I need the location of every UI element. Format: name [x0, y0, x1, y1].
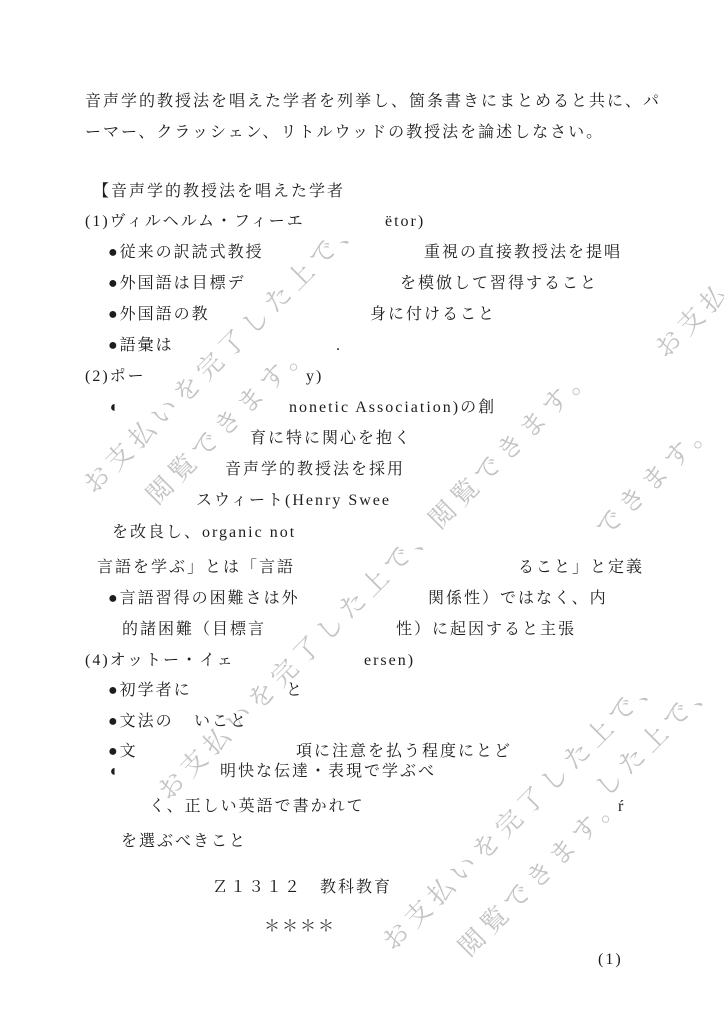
text-line-fragment: ●語彙は	[108, 336, 174, 356]
text-line-fragment: く、正しい英語で書かれて	[149, 797, 365, 817]
text-line-fragment: (1)ヴィルヘルム・フィーエ	[85, 212, 305, 232]
text-line-fragment: ●外国語は目標デ	[108, 274, 246, 294]
text-line-fragment: 音声学的教授法を採用	[225, 460, 405, 480]
text-line-fragment: ●外国語の教	[108, 305, 210, 325]
text-line-fragment: ◖	[108, 398, 120, 418]
text-line-fragment: ersen)	[364, 651, 415, 671]
text-line-fragment: 重視の直接教授法を提唱	[424, 243, 622, 263]
text-line-fragment: と	[286, 681, 304, 701]
text-line-fragment: 性）に起因すると主張	[396, 620, 576, 640]
text-line-fragment: ●言語習得の困難さは外	[108, 589, 300, 609]
text-line-fragment: 明快な伝達・表現で学ぶべ	[220, 762, 436, 782]
text-line-fragment: 関係性）ではなく、内	[428, 589, 608, 609]
text-line-fragment: (4)オットー・イェ	[85, 651, 235, 671]
text-line-fragment: (1)	[598, 950, 623, 970]
text-line-fragment: ◖	[108, 762, 120, 782]
text-line-fragment: Ｚ１３１２ 教科教育	[212, 878, 392, 898]
text-line-fragment: .	[336, 336, 342, 356]
text-line-fragment: 項に注意を払う程度にとど	[296, 742, 512, 762]
text-line-fragment: ること」と定義	[518, 558, 644, 578]
text-line-fragment: を改良し、organic not	[112, 523, 296, 543]
text-line-fragment: 【音声学的教授法を唱えた学者	[93, 182, 345, 202]
document-text-layer: 音声学的教授法を唱えた学者を列挙し、箇条書きにまとめると共に、パーマー、クラッシ…	[0, 0, 724, 1024]
text-line-fragment: ŕ	[618, 797, 625, 817]
text-line-fragment: を選ぶべきこと	[121, 832, 247, 852]
text-line-fragment: ëtor)	[385, 212, 425, 232]
text-line-fragment: ●文	[108, 742, 138, 762]
text-line-fragment: ●文法の	[108, 712, 174, 732]
text-line-fragment: 身に付けること	[370, 305, 496, 325]
text-line-fragment: ＊＊＊＊	[264, 917, 336, 937]
text-line-fragment: スウィート(Henry Swee	[196, 491, 391, 511]
text-line-fragment: 的諸困難（目標言	[122, 620, 266, 640]
text-line-fragment: を模倣して習得すること	[400, 274, 598, 294]
text-line-fragment: いこと	[194, 712, 248, 732]
text-line-fragment: y)	[306, 367, 323, 387]
document-page: お支払いを完了した上で、閲覧できます。お支払いを完了した上で、閲覧できます。お支…	[0, 0, 724, 1024]
text-line-fragment: 言語を学ぶ」とは「言語	[97, 558, 295, 578]
text-line-fragment: 音声学的教授法を唱えた学者を列挙し、箇条書きにまとめると共に、パ	[85, 92, 661, 112]
text-line-fragment: nonetic Association)の創	[289, 398, 496, 418]
text-line-fragment: ●従来の訳読式教授	[108, 243, 264, 263]
text-line-fragment: 育に特に関心を抱く	[250, 429, 412, 449]
text-line-fragment: ●初学者に	[108, 681, 192, 701]
text-line-fragment: ーマー、クラッシェン、リトルウッドの教授法を論述しなさい。	[85, 123, 604, 143]
text-line-fragment: (2)ポー	[85, 367, 146, 387]
